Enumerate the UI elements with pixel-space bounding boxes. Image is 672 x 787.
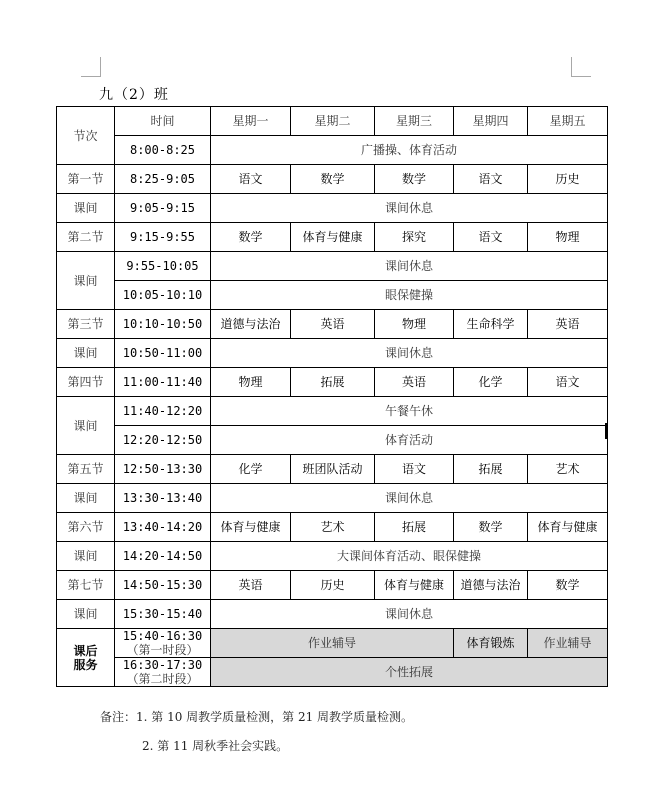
time-cell: 9:55-10:05: [115, 252, 211, 281]
time-cell: 14:50-15:30: [115, 571, 211, 600]
subject-cell: 语文: [454, 165, 528, 194]
table-row: 课间 13:30-13:40 课间休息: [57, 484, 608, 513]
period-label: 第三节: [57, 310, 115, 339]
time-cell: 11:40-12:20: [115, 397, 211, 426]
period-label: 第五节: [57, 455, 115, 484]
subject-cell: 体育与健康: [291, 223, 375, 252]
time-cell: 9:15-9:55: [115, 223, 211, 252]
subject-cell: 数学: [375, 165, 454, 194]
after-school-row-1: 课后 服务 15:40-16:30 （第一时段） 作业辅导 体育锻炼 作业辅导: [57, 629, 608, 658]
time-cell: 12:50-13:30: [115, 455, 211, 484]
time-cell: 15:40-16:30 （第一时段）: [115, 629, 211, 658]
period-label: 第七节: [57, 571, 115, 600]
time-cell: 12:20-12:50: [115, 426, 211, 455]
break-label: 课间: [57, 397, 115, 455]
subject-cell: 物理: [528, 223, 608, 252]
subject-cell: 数学: [211, 223, 291, 252]
day-header-wed: 星期三: [375, 107, 454, 136]
table-row: 课间 14:20-14:50 大课间体育活动、眼保健操: [57, 542, 608, 571]
table-row: 课间 9:55-10:05 课间休息: [57, 252, 608, 281]
subject-cell: 物理: [211, 368, 291, 397]
subject-cell: 拓展: [291, 368, 375, 397]
time-cell: 8:25-9:05: [115, 165, 211, 194]
day-header-thu: 星期四: [454, 107, 528, 136]
subject-cell: 英语: [291, 310, 375, 339]
activity-cell: 课间休息: [211, 194, 608, 223]
break-label: 课间: [57, 194, 115, 223]
time-cell: 10:05-10:10: [115, 281, 211, 310]
page-corner-mark-right: [571, 57, 591, 77]
table-row: 课间 9:05-9:15 课间休息: [57, 194, 608, 223]
break-label: 课间: [57, 600, 115, 629]
table-row: 8:00-8:25 广播操、体育活动: [57, 136, 608, 165]
break-label: 课间: [57, 339, 115, 368]
time-cell: 13:40-14:20: [115, 513, 211, 542]
day-header-fri: 星期五: [528, 107, 608, 136]
slot1-name: （第一时段）: [115, 643, 210, 657]
pe-training-cell: 体育锻炼: [454, 629, 528, 658]
subject-cell: 艺术: [291, 513, 375, 542]
subject-cell: 物理: [375, 310, 454, 339]
subject-cell: 数学: [528, 571, 608, 600]
after-school-row-2: 16:30-17:30 （第二时段） 个性拓展: [57, 658, 608, 687]
break-label: 课间: [57, 484, 115, 513]
activity-cell: 课间休息: [211, 252, 608, 281]
time-cell: 10:10-10:50: [115, 310, 211, 339]
subject-cell: 班团队活动: [291, 455, 375, 484]
subject-cell: 拓展: [454, 455, 528, 484]
after-school-label-line2: 服务: [57, 658, 114, 672]
subject-cell: 语文: [528, 368, 608, 397]
subject-cell: 化学: [454, 368, 528, 397]
activity-cell: 课间休息: [211, 339, 608, 368]
header-row: 节次 时间 星期一 星期二 星期三 星期四 星期五: [57, 107, 608, 136]
table-row: 第三节 10:10-10:50 道德与法治 英语 物理 生命科学 英语: [57, 310, 608, 339]
day-header-tue: 星期二: [291, 107, 375, 136]
time-cell: 9:05-9:15: [115, 194, 211, 223]
table-row: 第七节 14:50-15:30 英语 历史 体育与健康 道德与法治 数学: [57, 571, 608, 600]
table-row: 12:20-12:50 体育活动: [57, 426, 608, 455]
time-cell: 13:30-13:40: [115, 484, 211, 513]
table-row: 课间 11:40-12:20 午餐午休: [57, 397, 608, 426]
homework-help-cell: 作业辅导: [211, 629, 454, 658]
subject-cell: 体育与健康: [375, 571, 454, 600]
activity-cell: 课间休息: [211, 600, 608, 629]
table-edge-marker: [605, 423, 608, 439]
subject-cell: 历史: [291, 571, 375, 600]
subject-cell: 历史: [528, 165, 608, 194]
slot2-name: （第二时段）: [115, 672, 210, 686]
break-label: 课间: [57, 542, 115, 571]
slot2-time: 16:30-17:30: [115, 658, 210, 672]
subject-cell: 化学: [211, 455, 291, 484]
period-label: 第一节: [57, 165, 115, 194]
table-row: 第一节 8:25-9:05 语文 数学 数学 语文 历史: [57, 165, 608, 194]
after-school-label-line1: 课后: [57, 644, 114, 658]
period-column-header: 节次: [57, 107, 115, 165]
subject-cell: 数学: [291, 165, 375, 194]
subject-cell: 探究: [375, 223, 454, 252]
subject-cell: 英语: [528, 310, 608, 339]
note-line-2: 2. 第 11 周秋季社会实践。: [100, 737, 413, 766]
timetable: 节次 时间 星期一 星期二 星期三 星期四 星期五 8:00-8:25 广播操、…: [56, 106, 608, 687]
activity-cell: 午餐午休: [211, 397, 608, 426]
break-label: 课间: [57, 252, 115, 310]
after-school-label: 课后 服务: [57, 629, 115, 687]
subject-cell: 道德与法治: [454, 571, 528, 600]
period-label: 第四节: [57, 368, 115, 397]
period-label: 第六节: [57, 513, 115, 542]
table-row: 课间 15:30-15:40 课间休息: [57, 600, 608, 629]
table-row: 第五节 12:50-13:30 化学 班团队活动 语文 拓展 艺术: [57, 455, 608, 484]
period-label: 第二节: [57, 223, 115, 252]
subject-cell: 数学: [454, 513, 528, 542]
time-cell: 16:30-17:30 （第二时段）: [115, 658, 211, 687]
activity-cell: 眼保健操: [211, 281, 608, 310]
personal-development-cell: 个性拓展: [211, 658, 608, 687]
table-row: 第四节 11:00-11:40 物理 拓展 英语 化学 语文: [57, 368, 608, 397]
activity-cell: 广播操、体育活动: [211, 136, 608, 165]
table-row: 第六节 13:40-14:20 体育与健康 艺术 拓展 数学 体育与健康: [57, 513, 608, 542]
activity-cell: 体育活动: [211, 426, 608, 455]
time-cell: 14:20-14:50: [115, 542, 211, 571]
day-header-mon: 星期一: [211, 107, 291, 136]
slot1-time: 15:40-16:30: [115, 629, 210, 643]
subject-cell: 语文: [454, 223, 528, 252]
subject-cell: 英语: [375, 368, 454, 397]
time-cell: 10:50-11:00: [115, 339, 211, 368]
subject-cell: 拓展: [375, 513, 454, 542]
subject-cell: 语文: [375, 455, 454, 484]
activity-cell: 课间休息: [211, 484, 608, 513]
notes: 备注：1. 第 10 周教学质量检测，第 21 周教学质量检测。 2. 第 11…: [100, 708, 413, 766]
note-line-1: 备注：1. 第 10 周教学质量检测，第 21 周教学质量检测。: [100, 708, 413, 737]
subject-cell: 语文: [211, 165, 291, 194]
table-row: 第二节 9:15-9:55 数学 体育与健康 探究 语文 物理: [57, 223, 608, 252]
subject-cell: 艺术: [528, 455, 608, 484]
table-row: 课间 10:50-11:00 课间休息: [57, 339, 608, 368]
class-title: 九（2）班: [99, 84, 169, 104]
time-column-header: 时间: [115, 107, 211, 136]
subject-cell: 道德与法治: [211, 310, 291, 339]
subject-cell: 生命科学: [454, 310, 528, 339]
time-cell: 8:00-8:25: [115, 136, 211, 165]
activity-cell: 大课间体育活动、眼保健操: [211, 542, 608, 571]
time-cell: 11:00-11:40: [115, 368, 211, 397]
subject-cell: 英语: [211, 571, 291, 600]
homework-help-cell-fri: 作业辅导: [528, 629, 608, 658]
page-corner-mark-left: [81, 57, 101, 77]
subject-cell: 体育与健康: [528, 513, 608, 542]
subject-cell: 体育与健康: [211, 513, 291, 542]
table-row: 10:05-10:10 眼保健操: [57, 281, 608, 310]
time-cell: 15:30-15:40: [115, 600, 211, 629]
